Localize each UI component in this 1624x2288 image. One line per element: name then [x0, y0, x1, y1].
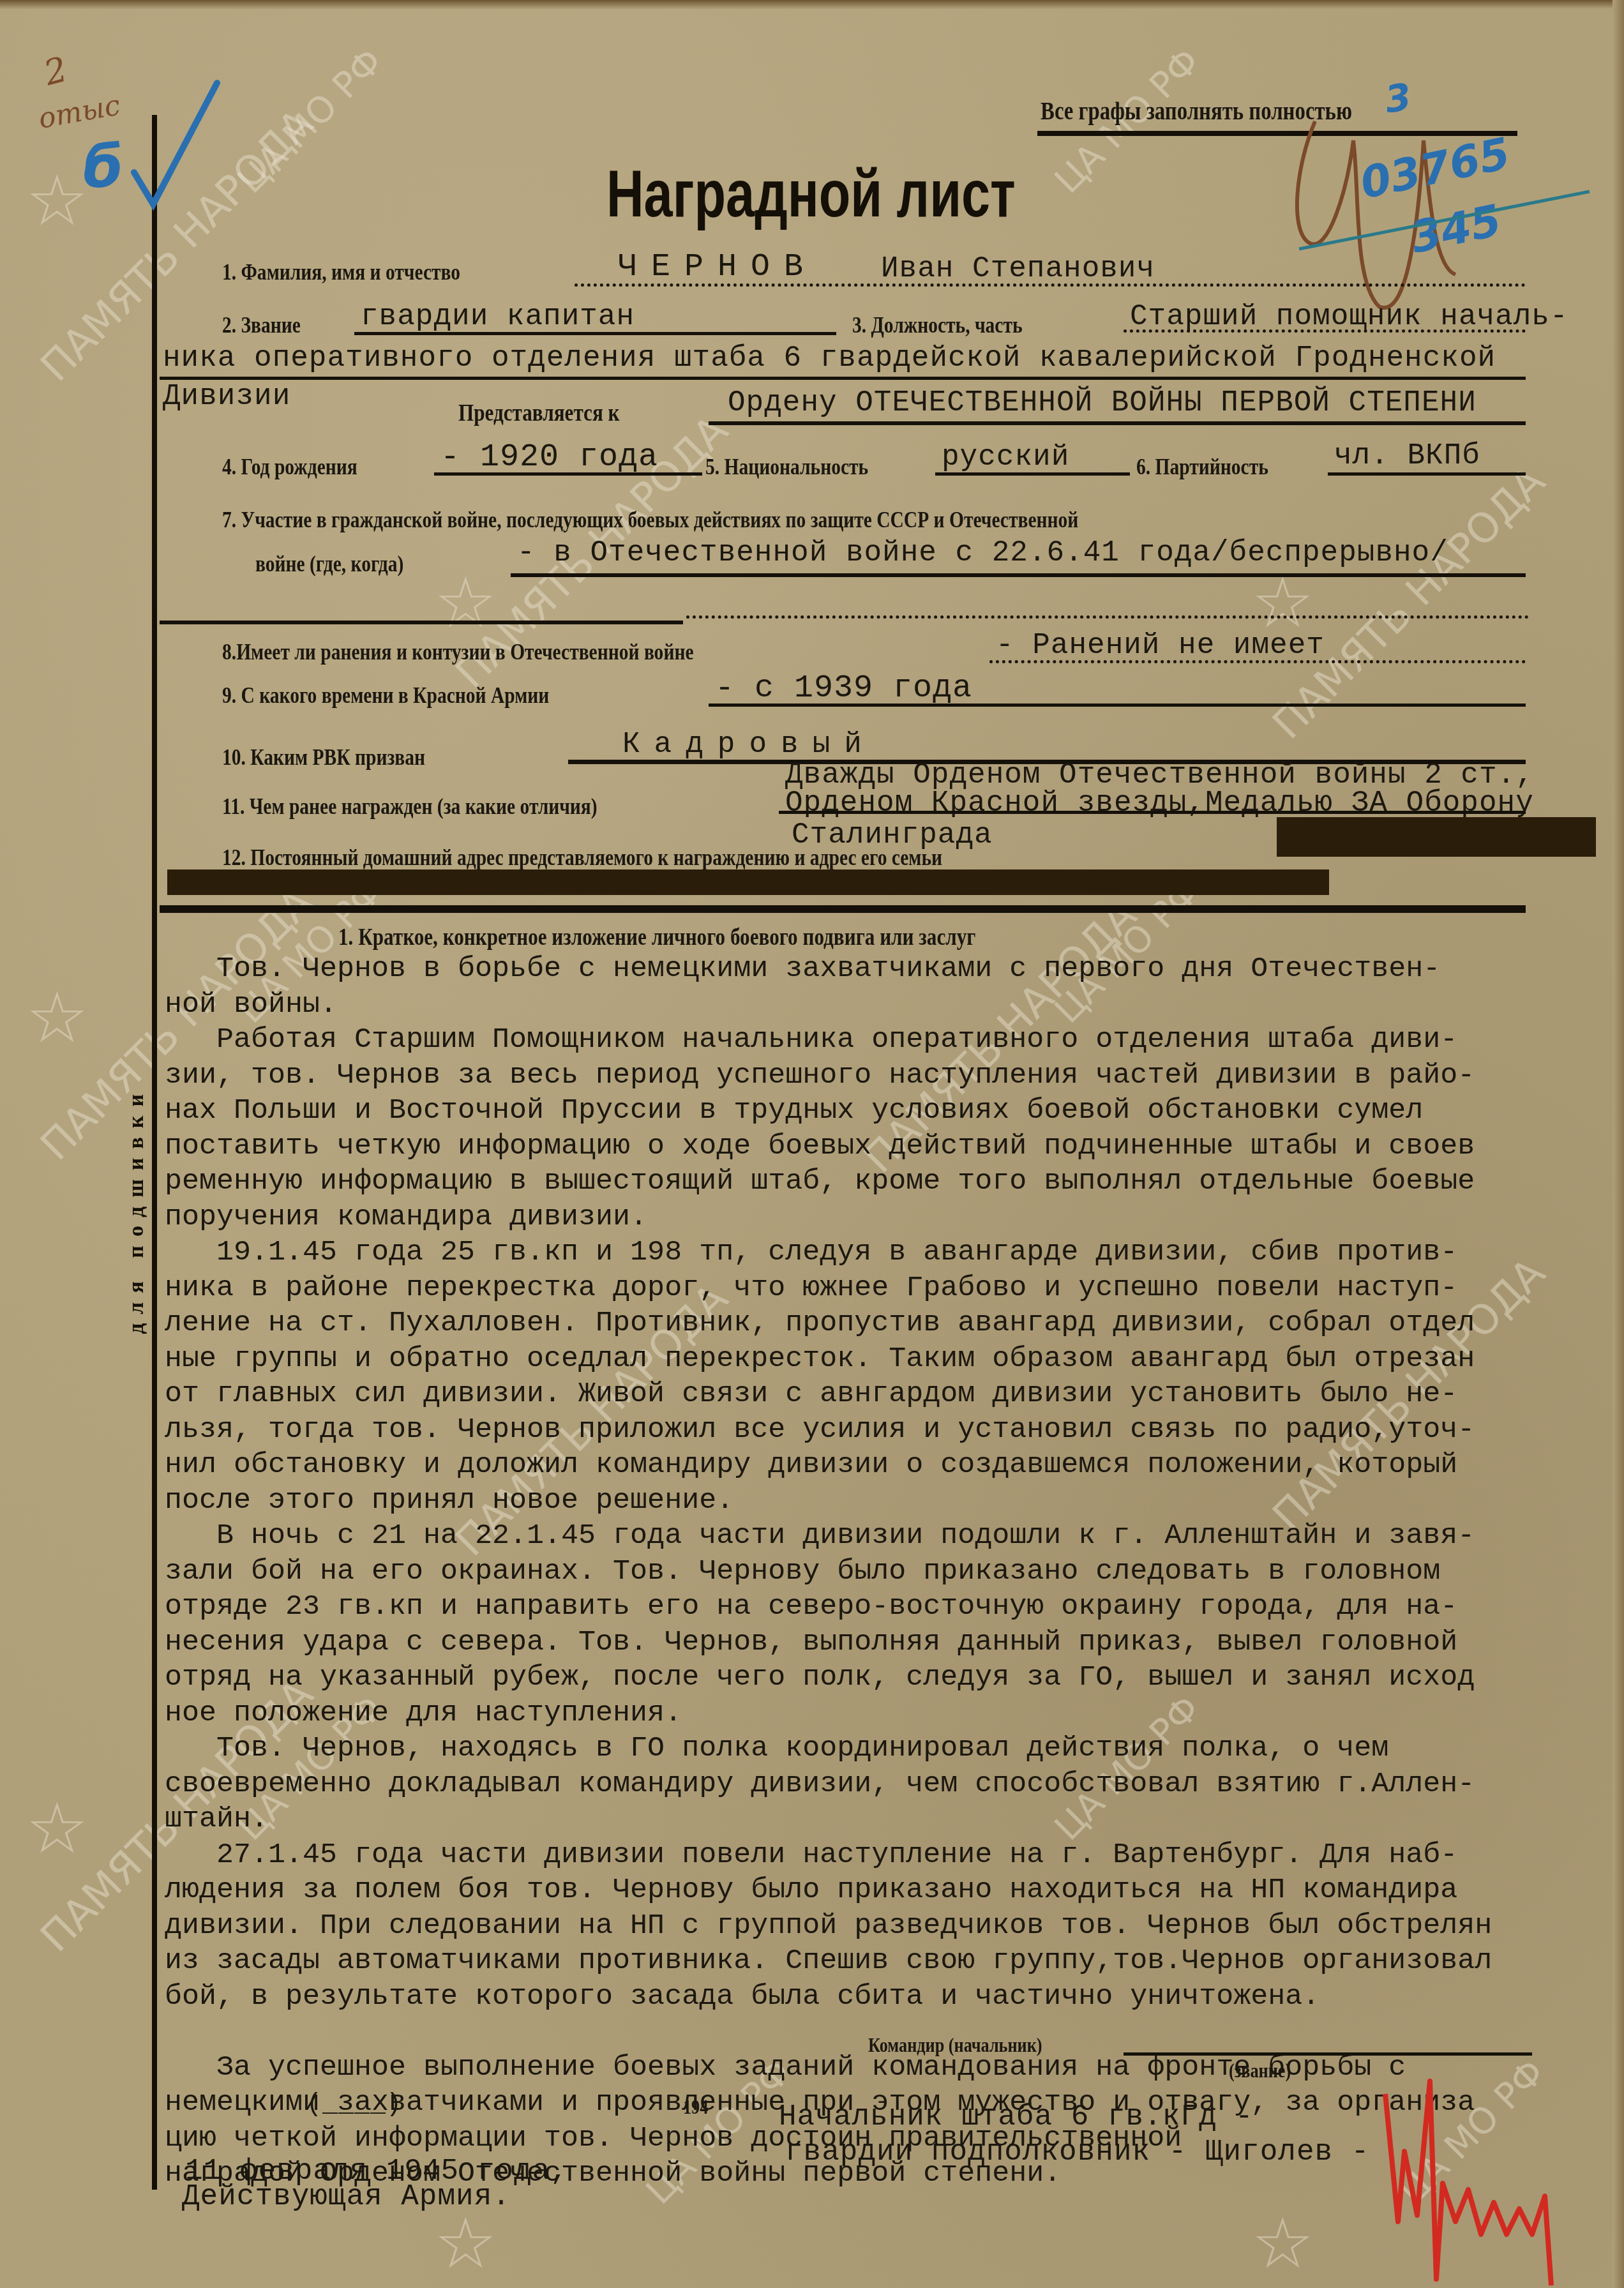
watermark-star-icon: ☆ [26, 160, 89, 241]
watermark-archive: ЦА МО РФ [230, 41, 391, 202]
field-label-full-name: 1. Фамилия, имя и отчество [222, 259, 460, 285]
field-value-draft-office: Кадровый [622, 728, 876, 761]
field-value-rank: гвардии капитан [361, 300, 635, 333]
field-underline [354, 332, 836, 335]
field-label-wounds: 8.Имеет ли ранения и контузии в Отечеств… [222, 638, 694, 665]
field-label-presented-to: Представляется к [458, 399, 620, 427]
field-label-position: 3. Должность, часть [852, 312, 1023, 338]
signature-underline [1124, 2052, 1532, 2056]
field-value-army-since: - с 1939 года [715, 670, 972, 707]
field-underline [160, 377, 1526, 380]
field-underline [989, 658, 1526, 663]
year-prefix: 194 [683, 2095, 708, 2119]
document-location: Действующая Армия. [182, 2180, 511, 2213]
checkmark-icon [128, 77, 223, 217]
field-underline [511, 573, 1526, 577]
merits-narrative: Тов. Чернов в борьбе с немецкими захватч… [165, 951, 1614, 2192]
field-label-party: 6. Партийность [1136, 453, 1268, 480]
handwritten-number: 2 [40, 49, 71, 94]
handwritten-strike-line [1296, 179, 1596, 255]
field-label-war-participation: 7. Участие в гражданской войне, последую… [222, 506, 1078, 533]
field-value-nationality: русский [942, 440, 1069, 474]
watermark-star-icon: ☆ [434, 562, 497, 643]
field-value-prior-awards: Орденом Красной звезды,Медалью ЗА Оборон… [785, 786, 1534, 820]
field-label-prior-awards: 11. Чем ранее награжден (за какие отличи… [222, 793, 598, 820]
watermark-star-icon: ☆ [1251, 2202, 1314, 2284]
field-label-home-address: 12. Постоянный домашний адрес представля… [222, 844, 942, 871]
field-underline [434, 472, 702, 476]
field-underline [709, 421, 1526, 425]
redacted-address [167, 869, 1329, 895]
handwritten-note: отыс [36, 89, 123, 135]
paper-right-edge [1613, 0, 1624, 2288]
field-value-party: чл. ВКПб [1334, 439, 1480, 472]
field-underline [779, 811, 1526, 814]
field-value-war-participation: - в Отечественной войне с 22.6.41 года/б… [517, 536, 1448, 569]
field-value-surname: ЧЕРНОВ [618, 249, 817, 285]
binding-margin-line [152, 115, 157, 2190]
paper-top-edge [0, 0, 1624, 9]
section-heading-merits: 1. Краткое, конкретное изложение личного… [338, 923, 975, 951]
watermark-star-icon: ☆ [26, 1787, 89, 1869]
watermark-star-icon: ☆ [434, 2202, 497, 2284]
watermark-star-icon: ☆ [26, 977, 89, 1058]
field-label-draft-office: 10. Каким РВК призван [222, 744, 425, 771]
field-value-award: Ордену ОТЕЧЕСТВЕННОЙ ВОЙНЫ ПЕРВОЙ СТЕПЕН… [728, 386, 1477, 419]
field-underline [1328, 472, 1526, 476]
field-underline [575, 281, 1526, 287]
field-label-rank: 2. Звание [222, 312, 301, 338]
commander-label: Командир (начальник) [868, 2033, 1042, 2057]
field-underline [709, 704, 1526, 707]
handwritten-mark: б [83, 134, 123, 201]
field-value-position-cont: Дивизии [163, 380, 290, 413]
rank-label: (звание) [1229, 2059, 1291, 2082]
binding-margin-note: для подшивки [124, 1085, 149, 1334]
stamp-placeholder: (____) [306, 2091, 402, 2119]
signer-title: Начальник штаба 6 гв.кГд - [779, 2100, 1254, 2134]
handwritten-blue-note: 3 [1382, 75, 1413, 122]
field-underline [1124, 327, 1526, 333]
field-label-birth-year: 4. Год рождения [222, 453, 357, 480]
field-label-nationality: 5. Национальность [705, 453, 868, 480]
field-value-birth-year: - 1920 года [440, 439, 658, 476]
red-signature [1372, 2075, 1583, 2288]
section-divider [160, 905, 1526, 913]
field-label-where-when: войне (где, когда) [255, 550, 403, 577]
redacted-address [1277, 817, 1596, 857]
field-underline [686, 613, 1529, 619]
signer-name: гвардии подполковник - Щиголев - [785, 2135, 1369, 2169]
field-underline [935, 472, 1130, 476]
page-title: Наградной лист [606, 156, 1016, 232]
field-label-army-since: 9. С какого времени в Красной Армии [222, 682, 549, 709]
field-underline [160, 621, 683, 624]
field-value-position-cont: ника оперативного отделения штаба 6 гвар… [163, 342, 1496, 375]
